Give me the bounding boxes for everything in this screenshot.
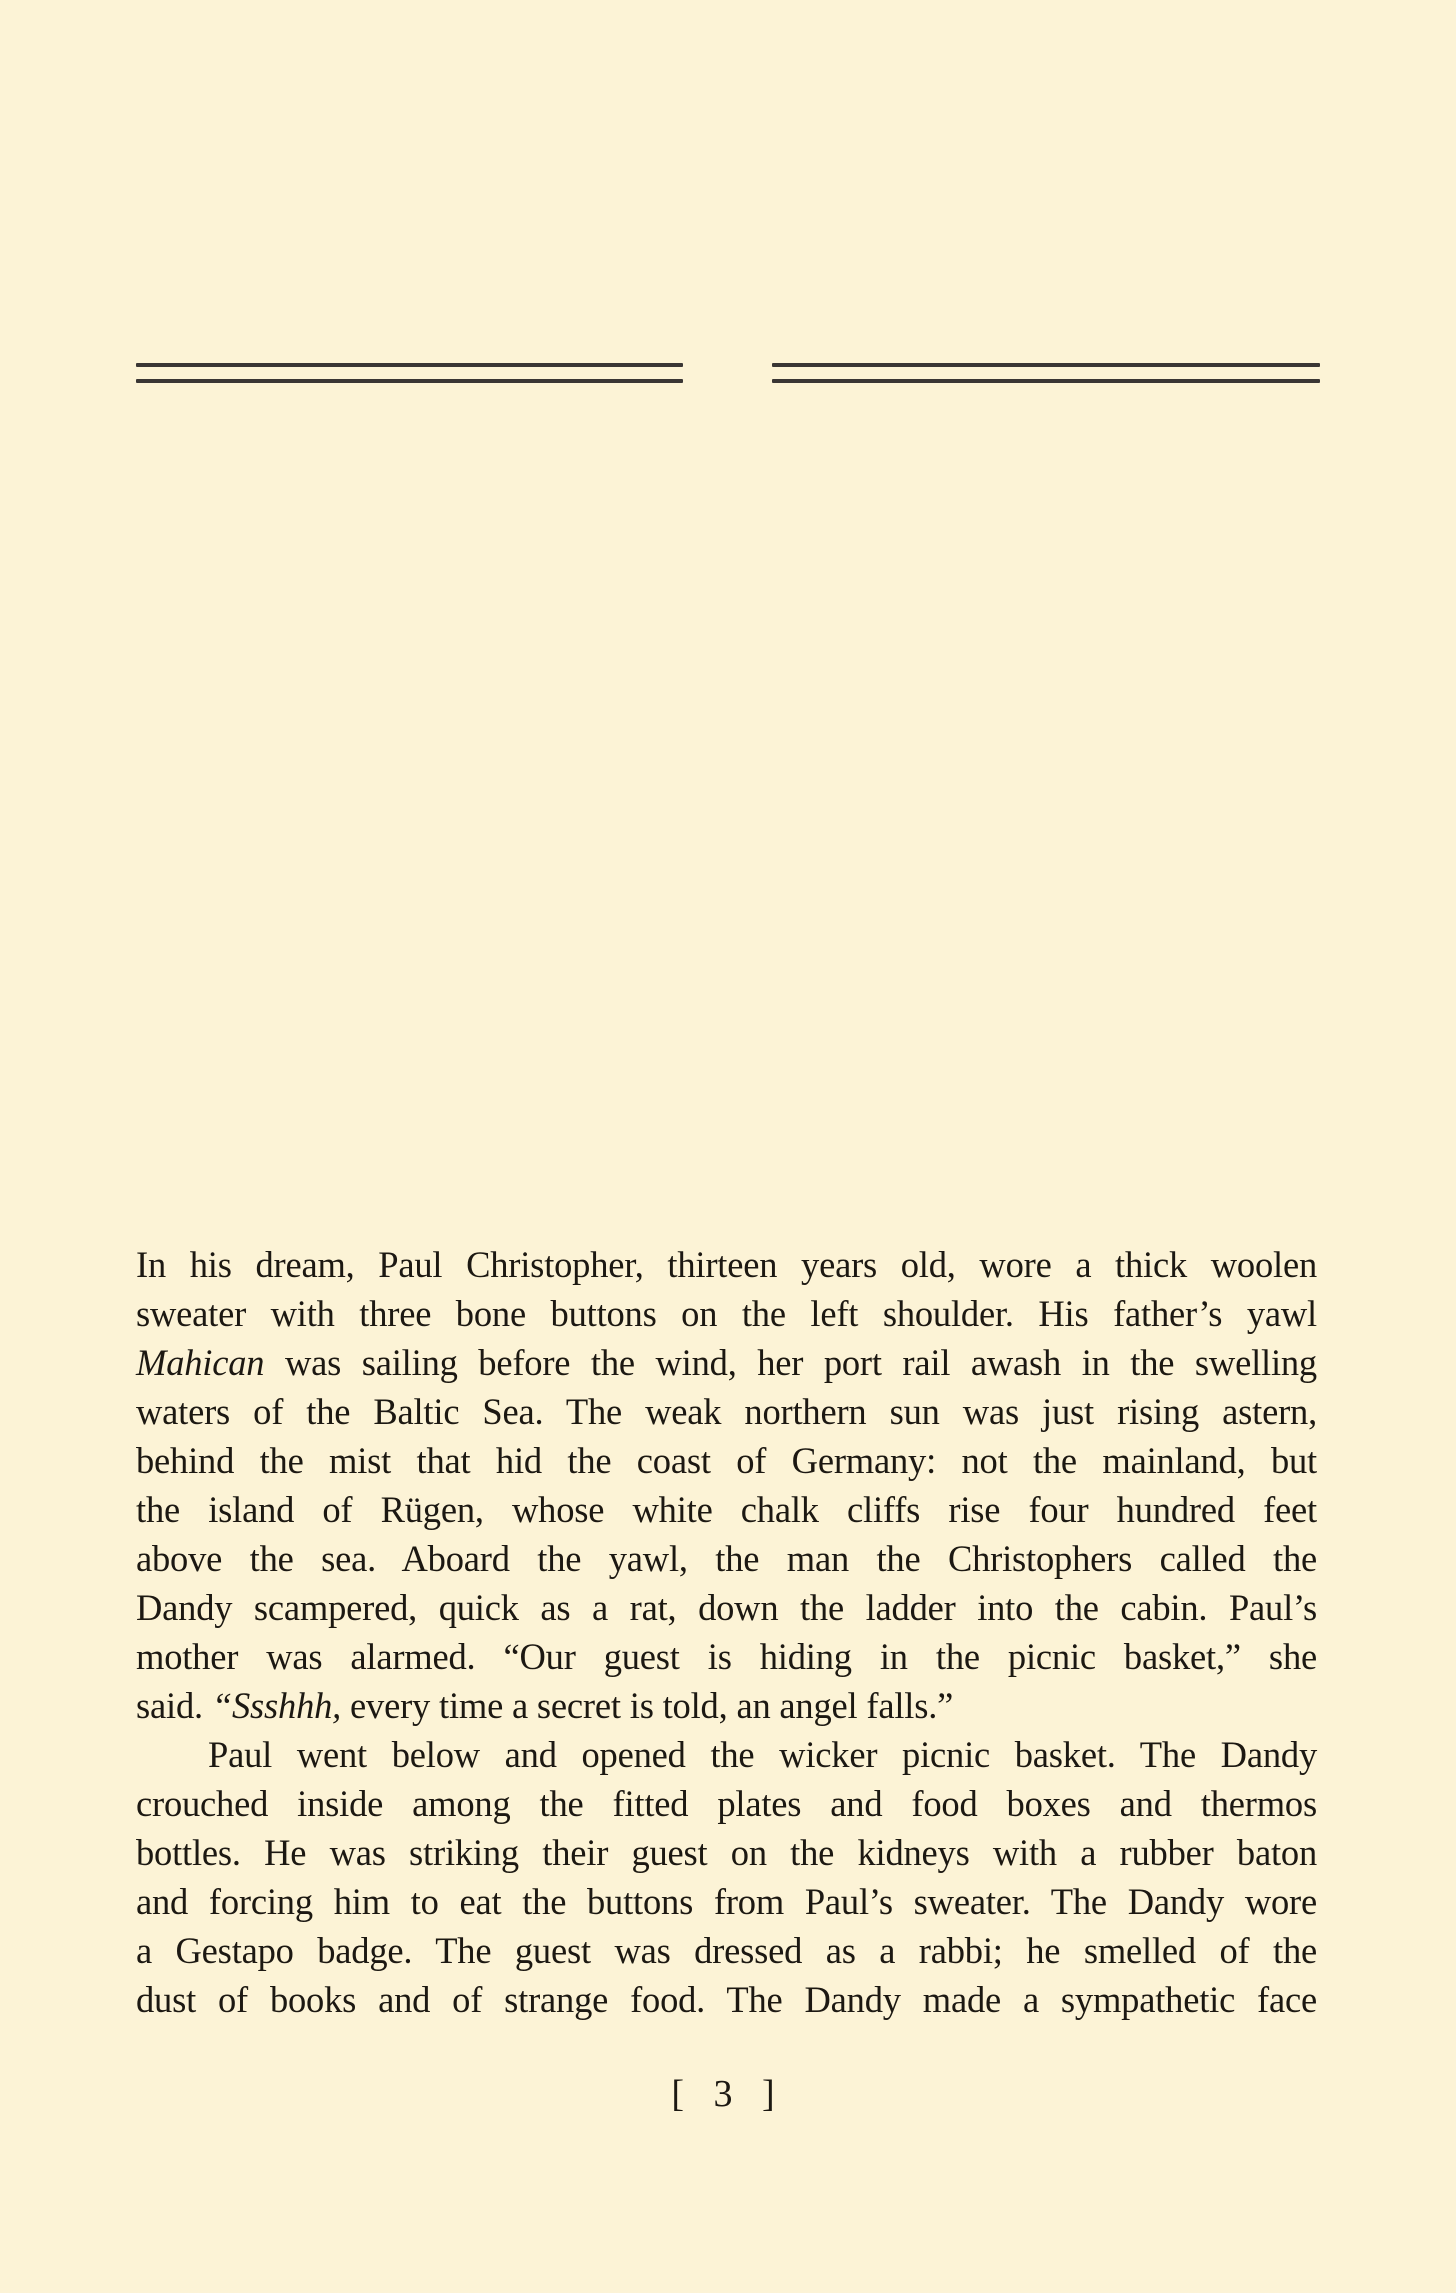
text-line: a Gestapo badge. The guest was dressed a… bbox=[136, 1926, 1317, 1975]
text-line: dust of books and of strange food. The D… bbox=[136, 1975, 1317, 2024]
ornament-right-rule-bottom bbox=[772, 379, 1320, 383]
text-line: sweater with three bone buttons on the l… bbox=[136, 1289, 1317, 1338]
text-span: said. bbox=[136, 1685, 212, 1726]
text-span: was sailing before the wind, her port ra… bbox=[264, 1342, 1317, 1383]
text-line: waters of the Baltic Sea. The weak north… bbox=[136, 1387, 1317, 1436]
text-line: Mahican was sailing before the wind, her… bbox=[136, 1338, 1317, 1387]
italic-quote: “Ssshhh, bbox=[212, 1685, 341, 1726]
text-line: above the sea. Aboard the yawl, the man … bbox=[136, 1534, 1317, 1583]
page-number: [ 3 ] bbox=[0, 2072, 1456, 2116]
text-line: Dandy scampered, quick as a rat, down th… bbox=[136, 1583, 1317, 1632]
text-line: said. “Ssshhh, every time a secret is to… bbox=[136, 1681, 1317, 1730]
ornament-left-rule-top bbox=[136, 363, 683, 367]
text-line: mother was alarmed. “Our guest is hiding… bbox=[136, 1632, 1317, 1681]
paragraph-1: In his dream, Paul Christopher, thirteen… bbox=[136, 1240, 1317, 1730]
ornament-right-rule-top bbox=[772, 363, 1320, 367]
text-line: and forcing him to eat the buttons from … bbox=[136, 1877, 1317, 1926]
body-text: In his dream, Paul Christopher, thirteen… bbox=[136, 1240, 1317, 2024]
ornament-left-rule-bottom bbox=[136, 379, 683, 383]
text-line: bottles. He was striking their guest on … bbox=[136, 1828, 1317, 1877]
text-line: Paul went below and opened the wicker pi… bbox=[136, 1730, 1317, 1779]
text-line: crouched inside among the fitted plates … bbox=[136, 1779, 1317, 1828]
ship-name: Mahican bbox=[136, 1342, 264, 1383]
text-line: the island of Rügen, whose white chalk c… bbox=[136, 1485, 1317, 1534]
paragraph-2: Paul went below and opened the wicker pi… bbox=[136, 1730, 1317, 2024]
text-line: In his dream, Paul Christopher, thirteen… bbox=[136, 1240, 1317, 1289]
text-line: behind the mist that hid the coast of Ge… bbox=[136, 1436, 1317, 1485]
text-span: every time a secret is told, an angel fa… bbox=[341, 1685, 953, 1726]
